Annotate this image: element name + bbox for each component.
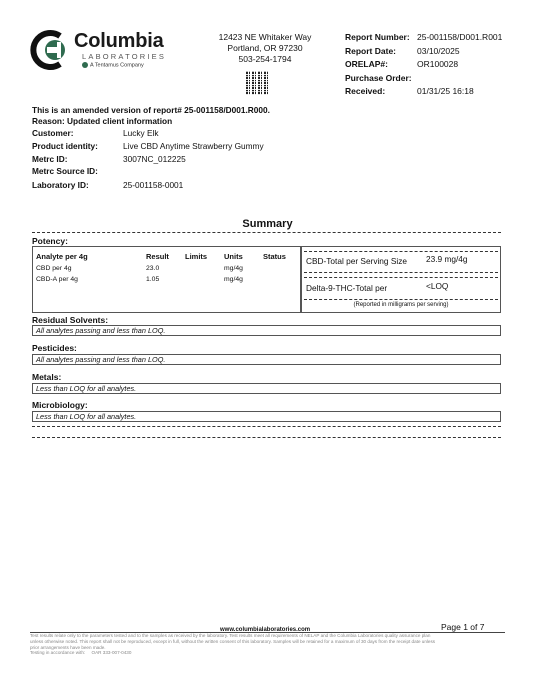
- report-info-value: 25-001158/D001.R001: [417, 32, 502, 42]
- microbiology-result: Less than LOQ for all analytes.: [32, 411, 501, 422]
- metrc-source-row: Metrc Source ID:: [32, 166, 332, 179]
- received-row: Received:01/31/25 16:18: [345, 86, 525, 100]
- metrc-id-row: Metrc ID:3007NC_012225: [32, 154, 332, 167]
- units-cell: mg/4g: [224, 276, 243, 283]
- address-phone: 503-254-1794: [190, 54, 340, 65]
- customer-row: Customer:Lucky Elk: [32, 128, 332, 141]
- customer-info-value: Lucky Elk: [123, 128, 159, 138]
- company-logo: Columbia LABORATORIES A Tentamus Company: [30, 28, 200, 74]
- serving-note: (Reported in milligrams per serving): [302, 302, 500, 308]
- column-header-analyte: Analyte per 4g: [36, 252, 88, 261]
- residual-solvents-label: Residual Solvents:: [32, 315, 108, 325]
- logo-parent: A Tentamus Company: [82, 62, 144, 68]
- customer-info-value: 25-001158-0001: [123, 180, 183, 190]
- column-header-status: Status: [263, 252, 286, 261]
- amendment-reason: Reason: Updated client information: [32, 116, 270, 127]
- analyte-cell: CBD per 4g: [36, 265, 72, 272]
- report-info-label: Purchase Order:: [345, 73, 412, 83]
- column-header-units: Units: [224, 252, 243, 261]
- orelap-row: ORELAP#:OR100028: [345, 59, 525, 73]
- report-number-row: Report Number:25-001158/D001.R001: [345, 32, 525, 46]
- potency-table: Analyte per 4g Result Limits Units Statu…: [32, 246, 301, 313]
- address-line2: Portland, OR 97230: [190, 43, 340, 54]
- summary-title: Summary: [0, 218, 533, 230]
- result-cell: 23.0: [146, 265, 159, 272]
- logo-name: Columbia: [74, 30, 164, 53]
- customer-info-label: Laboratory ID:: [32, 180, 89, 190]
- address-line1: 12423 NE Whitaker Way: [190, 32, 340, 43]
- page-number: Page 1 of 7: [441, 622, 484, 632]
- divider: [304, 299, 498, 300]
- customer-info-label: Customer:: [32, 128, 74, 138]
- result-cell: 1.05: [146, 276, 159, 283]
- report-info-label: Received:: [345, 86, 385, 96]
- report-info-label: ORELAP#:: [345, 59, 388, 69]
- column-header-limits: Limits: [185, 252, 207, 261]
- report-info-value: 01/31/25 16:18: [417, 86, 474, 96]
- metals-result: Less than LOQ for all analytes.: [32, 383, 501, 394]
- summary-title-text: Summary: [242, 218, 292, 230]
- analyte-cell: CBD-A per 4g: [36, 276, 78, 283]
- column-header-result: Result: [146, 252, 169, 261]
- amendment-notice: This is an amended version of report# 25…: [32, 105, 270, 126]
- lab-id-row: Laboratory ID:25-001158-0001: [32, 180, 332, 193]
- serving-value: 23.9 mg/4g: [426, 254, 468, 264]
- units-cell: mg/4g: [224, 265, 243, 272]
- lab-address: 12423 NE Whitaker Way Portland, OR 97230…: [190, 32, 340, 65]
- serving-summary: CBD-Total per Serving Size 23.9 mg/4g De…: [301, 246, 501, 313]
- product-row: Product identity:Live CBD Anytime Strawb…: [32, 141, 332, 154]
- pesticides-result: All analytes passing and less than LOQ.: [32, 354, 501, 365]
- footer-disclaimer: Test results relate only to the paramete…: [30, 633, 505, 656]
- customer-info-label: Product identity:: [32, 141, 98, 151]
- customer-info-value: 3007NC_012225: [123, 154, 186, 164]
- tentamus-icon: [82, 62, 88, 68]
- pesticides-label: Pesticides:: [32, 343, 77, 353]
- purchase-order-row: Purchase Order:: [345, 73, 525, 87]
- potency-label: Potency:: [32, 236, 68, 246]
- divider: [304, 277, 498, 278]
- testing-standard: Testing in accordance with: OAR 333-007-…: [30, 650, 505, 656]
- logo-subtitle: LABORATORIES: [82, 52, 166, 61]
- qr-code-icon[interactable]: [246, 71, 270, 95]
- serving-label: Delta-9-THC-Total per: [306, 283, 387, 293]
- amendment-line: This is an amended version of report# 25…: [32, 105, 270, 116]
- serving-value: <LOQ: [426, 281, 448, 291]
- serving-label: CBD-Total per Serving Size: [306, 256, 407, 266]
- columbia-logo-icon: [30, 28, 72, 72]
- customer-info-value: Live CBD Anytime Strawberry Gummy: [123, 141, 264, 151]
- divider: [32, 426, 501, 427]
- customer-info-label: Metrc Source ID:: [32, 166, 98, 176]
- residual-solvents-result: All analytes passing and less than LOQ.: [32, 325, 501, 336]
- report-info-value: OR100028: [417, 59, 458, 69]
- divider: [304, 272, 498, 273]
- divider: [304, 251, 498, 252]
- report-info: Report Number:25-001158/D001.R001 Report…: [345, 32, 525, 100]
- divider: [32, 437, 501, 438]
- report-info-label: Report Number:: [345, 32, 410, 42]
- report-date-row: Report Date:03/10/2025: [345, 46, 525, 60]
- customer-info: Customer:Lucky Elk Product identity:Live…: [32, 128, 332, 193]
- report-info-value: 03/10/2025: [417, 46, 460, 56]
- metals-label: Metals:: [32, 372, 61, 382]
- divider: [32, 232, 501, 233]
- parent-company-text: A Tentamus Company: [90, 62, 144, 68]
- microbiology-label: Microbiology:: [32, 400, 88, 410]
- customer-info-label: Metrc ID:: [32, 154, 68, 164]
- report-info-label: Report Date:: [345, 46, 396, 56]
- disclaimer-line: unless otherwise noted. This report shal…: [30, 639, 505, 645]
